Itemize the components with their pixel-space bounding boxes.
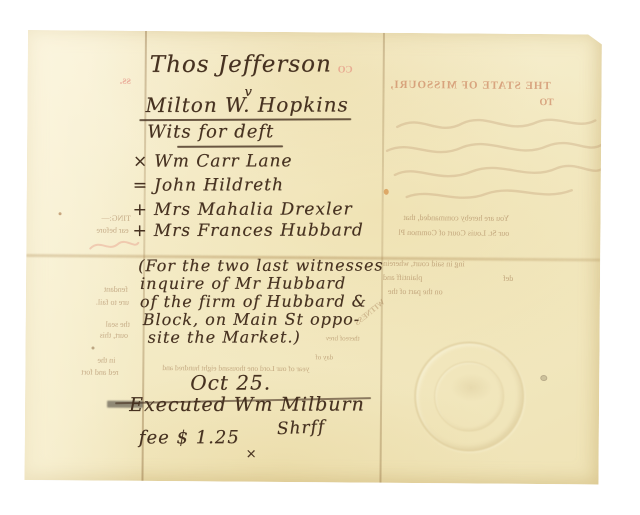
bleedthrough-state-header: THE STATE OF MISSOURI, xyxy=(390,80,551,92)
bleedthrough-script-decoration xyxy=(377,109,608,211)
bleedthrough-print-line: TING:— xyxy=(101,215,130,223)
left-fold-panel xyxy=(24,30,145,481)
sheriff-signature: Wm Milburn xyxy=(234,393,365,415)
bleedthrough-print-line: You are hereby commanded, that xyxy=(404,214,510,223)
bleedthrough-print-fragment: CO xyxy=(338,65,353,75)
embossed-seal-center-emblem xyxy=(450,373,492,401)
witness-row: =John Hildreth xyxy=(133,177,284,194)
bleedthrough-print-line: the seal xyxy=(106,321,130,329)
note-line: (For the two last witnesses xyxy=(138,258,384,275)
witness-name: Mrs Mahalia Drexler xyxy=(154,199,353,220)
plaintiff-name: Thos Jefferson xyxy=(150,53,332,76)
bleedthrough-print-line: our St. Louis Court of Common Pl xyxy=(398,229,509,238)
note-line: site the Market.) xyxy=(148,329,301,345)
bleedthrough-print-line: fendant xyxy=(104,286,128,294)
bleedthrough-print-line: plaintiff and xyxy=(383,274,422,282)
bleedthrough-ss-label: ss. xyxy=(120,76,131,87)
bleedthrough-print-line: def xyxy=(503,275,513,283)
small-speck xyxy=(91,347,94,350)
witness-mark: + xyxy=(133,200,148,220)
defendant-name: Milton W. Hopkins xyxy=(145,94,348,115)
note-line: inquire of Mr Hubbard xyxy=(140,275,346,292)
ink-speck xyxy=(541,376,546,380)
bleedthrough-print-line: day of xyxy=(315,354,333,361)
bleedthrough-print-line: ourt, this xyxy=(100,332,129,340)
sheriff-title: Shrff xyxy=(277,419,326,438)
note-line: of the firm of Hubbard & xyxy=(140,293,367,310)
witness-heading: Wits for deft xyxy=(147,123,274,141)
small-speck xyxy=(59,212,62,215)
bleedthrough-print-line: on the part of the xyxy=(388,288,443,296)
embossed-seal xyxy=(414,341,525,452)
bleedthrough-print-line: thereof brev xyxy=(326,335,360,342)
bleedthrough-print-line: ing in said court, wherein xyxy=(383,260,465,269)
witness-name: Wm Carr Lane xyxy=(154,151,292,171)
witness-mark: + xyxy=(132,221,147,241)
witness-mark: × xyxy=(133,152,148,172)
bleedthrough-print-line: in the xyxy=(97,357,115,365)
bleedthrough-print-line: ure to fail. xyxy=(96,299,129,307)
bleedthrough-print-line: ear before xyxy=(96,227,128,235)
execution-statement: Executed Wm Milburn xyxy=(129,395,365,415)
document-paper: THE STATE OF MISSOURI, TO You are hereby… xyxy=(24,30,602,484)
executed-word: Executed xyxy=(129,394,227,416)
underline-stroke xyxy=(177,145,283,147)
witness-row: +Mrs Frances Hubbard xyxy=(132,222,363,240)
bleedthrough-to-label: TO xyxy=(539,98,553,108)
execution-date: Oct 25. xyxy=(190,372,271,392)
scanned-document-page: THE STATE OF MISSOURI, TO You are hereby… xyxy=(0,0,640,515)
witness-row: ×Wm Carr Lane xyxy=(133,153,293,170)
bleedthrough-print-line: red and fort xyxy=(81,368,118,376)
footnote-cross-mark: × xyxy=(246,448,258,461)
witness-mark: = xyxy=(133,176,148,196)
fee-note: fee $ 1.25 xyxy=(139,429,240,447)
note-line: Block, on Main St oppo- xyxy=(143,311,360,328)
witness-name: John Hildreth xyxy=(154,175,284,195)
witness-name: Mrs Frances Hubbard xyxy=(154,220,364,241)
witness-row: +Mrs Mahalia Drexler xyxy=(133,201,353,219)
